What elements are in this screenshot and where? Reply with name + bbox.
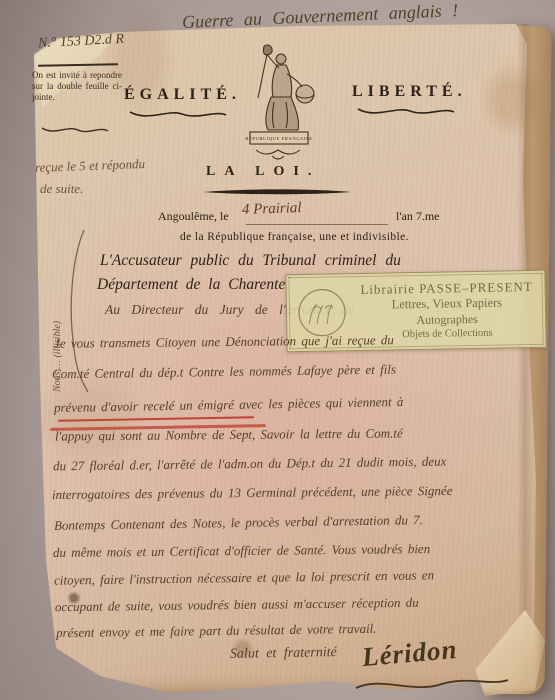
dateline-republic: de la République française, une et indiv…	[180, 231, 409, 243]
dateline-prefix: Angoulême, le	[158, 209, 229, 224]
flourish-icon	[40, 124, 110, 136]
reply-notice: On est invité à repondre sur la double f…	[32, 70, 122, 103]
dateline-year: l'an 7.me	[396, 209, 439, 224]
republic-emblem-icon: RÉPUBLIQUE FRANÇAISE	[228, 40, 328, 165]
emblem-caption: RÉPUBLIQUE FRANÇAISE	[245, 136, 312, 141]
paper-crease	[517, 24, 533, 684]
photograph-of-letter: Guerre au Gouvernement anglais ! N.° 153…	[0, 0, 555, 700]
tapered-rule-icon	[203, 188, 353, 196]
flourish-icon	[128, 108, 228, 122]
signature-flourish-icon	[352, 672, 512, 698]
sender-title-2: Département de la Charente.	[97, 276, 289, 294]
dateline-baseline	[246, 224, 388, 225]
la-loi-heading: LA LOI.	[206, 164, 320, 180]
sender-title-1: L'Accusateur public du Tribunal criminel…	[100, 252, 401, 270]
egalite-heading: ÉGALITÉ.	[124, 86, 241, 104]
closing-salutation: Salut et fraternité	[230, 645, 337, 663]
flourish-icon	[356, 105, 456, 119]
liberte-heading: LIBERTÉ.	[352, 83, 467, 101]
received-note-2: de suite.	[40, 181, 83, 197]
dateline-handwritten-date: 4 Prairial	[242, 200, 302, 219]
